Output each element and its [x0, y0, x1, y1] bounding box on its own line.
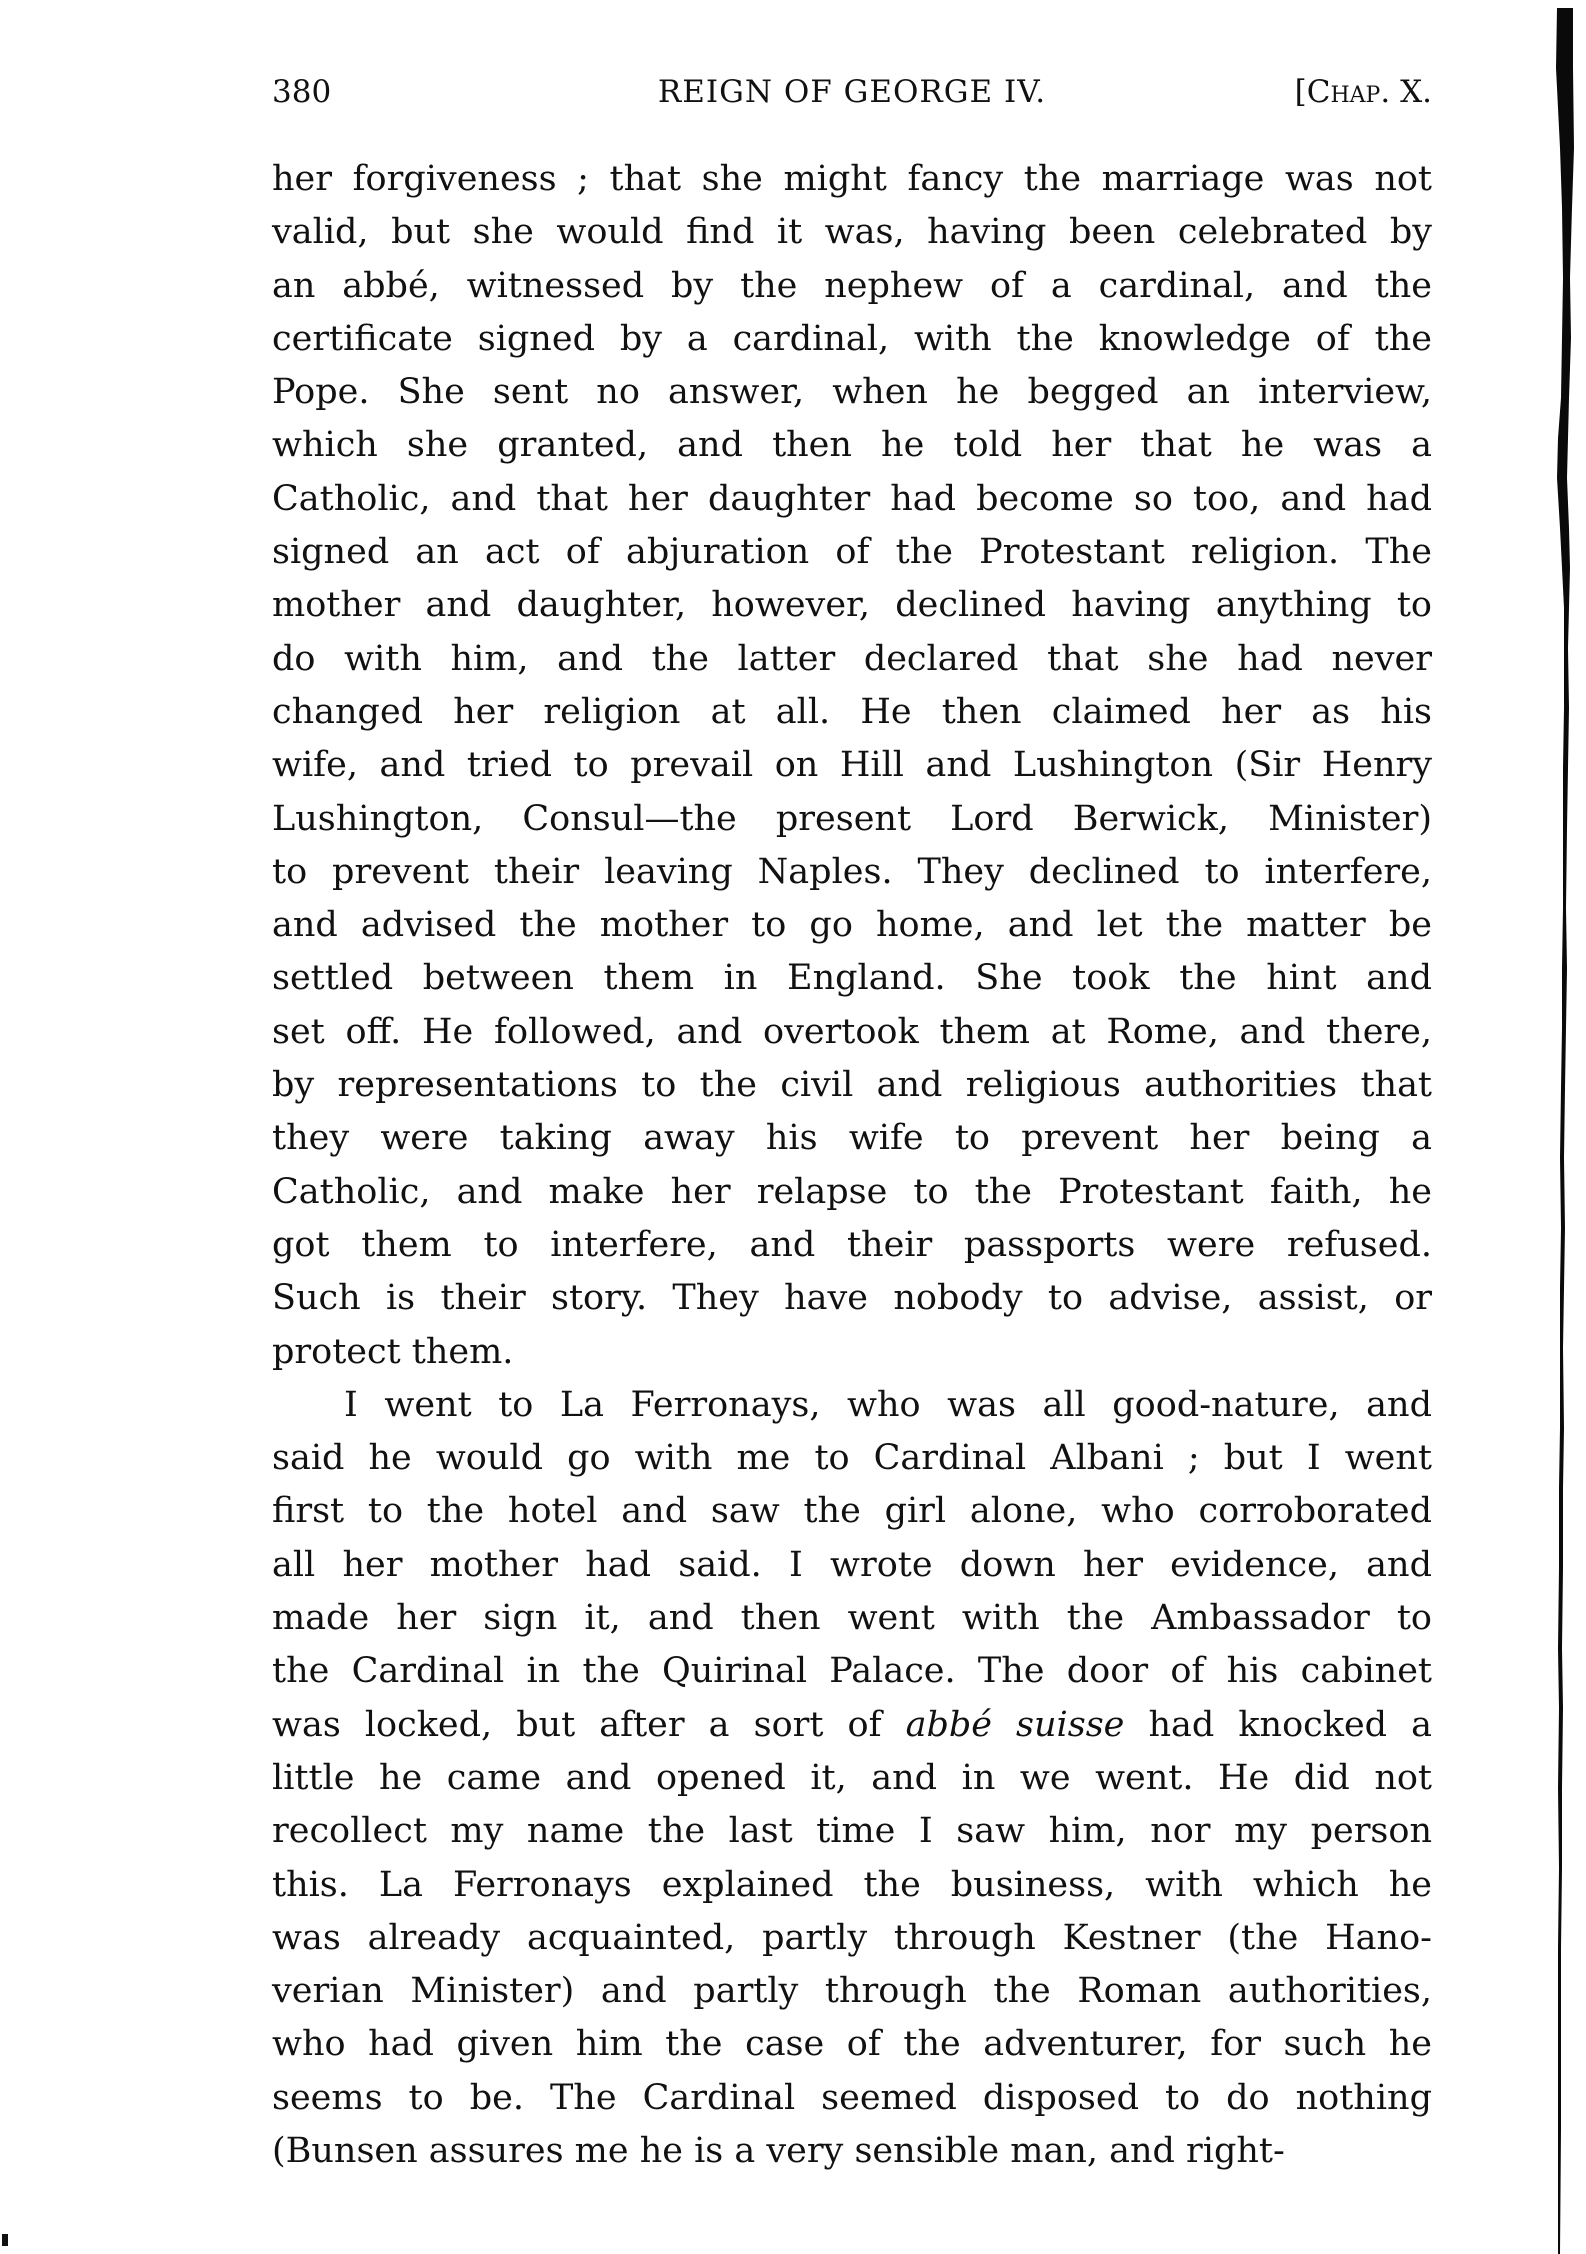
text-line: this. La Ferronays explained the busines…: [272, 1859, 1432, 1912]
text-line: was already acquainted, partly through K…: [272, 1912, 1432, 1965]
text-line: certificate signed by a cardinal, with t…: [272, 313, 1432, 366]
text-line: made her sign it, and then went with the…: [272, 1592, 1432, 1645]
text-line: settled between them in England. She too…: [272, 952, 1432, 1005]
text-line: was locked, but after a sort of abbé sui…: [272, 1699, 1432, 1752]
text-line: an abbé, witnessed by the nephew of a ca…: [272, 260, 1432, 313]
text-line: valid, but she would find it was, having…: [272, 206, 1432, 259]
text-line: who had given him the case of the advent…: [272, 2018, 1432, 2071]
text-line: first to the hotel and saw the girl alon…: [272, 1485, 1432, 1538]
paragraph: her forgiveness ; that she might fancy t…: [272, 153, 1432, 1379]
page-header: 380 REIGN OF GEORGE IV. [Chap. X.: [272, 70, 1432, 114]
text-line: Lushington, Consul—the present Lord Berw…: [272, 793, 1432, 846]
text-line: set off. He followed, and overtook them …: [272, 1006, 1432, 1059]
text-line: which she granted, and then he told her …: [272, 419, 1432, 472]
text-line: by representations to the civil and reli…: [272, 1059, 1432, 1112]
text-line: the Cardinal in the Quirinal Palace. The…: [272, 1645, 1432, 1698]
text-run: had knocked a: [1124, 1705, 1432, 1745]
paragraph: I went to La Ferronays, who was all good…: [272, 1379, 1432, 2178]
text-line: (Bunsen assures me he is a very sensible…: [272, 2125, 1432, 2178]
chapter-reference: [Chap. X.: [1295, 70, 1432, 114]
text-line: said he would go with me to Cardinal Alb…: [272, 1432, 1432, 1485]
text-line: Catholic, and that her daughter had beco…: [272, 473, 1432, 526]
scan-artifact-mark: [2, 2234, 8, 2246]
text-line: protect them.: [272, 1326, 1432, 1379]
text-line: Pope. She sent no answer, when he begged…: [272, 366, 1432, 419]
text-line: her forgiveness ; that she might fancy t…: [272, 153, 1432, 206]
text-line: verian Minister) and partly through the …: [272, 1965, 1432, 2018]
text-line: Catholic, and make her relapse to the Pr…: [272, 1166, 1432, 1219]
text-line: seems to be. The Cardinal seemed dispose…: [272, 2072, 1432, 2125]
text-line: they were taking away his wife to preven…: [272, 1112, 1432, 1165]
text-run: was locked, but after a sort of: [272, 1705, 906, 1745]
text-line: wife, and tried to prevail on Hill and L…: [272, 739, 1432, 792]
text-line: signed an act of abjuration of the Prote…: [272, 526, 1432, 579]
text-line: do with him, and the latter declared tha…: [272, 633, 1432, 686]
text-line: got them to interfere, and their passpor…: [272, 1219, 1432, 1272]
text-line: little he came and opened it, and in we …: [272, 1752, 1432, 1805]
text-line: changed her religion at all. He then cla…: [272, 686, 1432, 739]
text-line: to prevent their leaving Naples. They de…: [272, 846, 1432, 899]
body-text: her forgiveness ; that she might fancy t…: [272, 153, 1432, 2178]
text-line: Such is their story. They have nobody to…: [272, 1272, 1432, 1325]
text-line: mother and daughter, however, declined h…: [272, 579, 1432, 632]
text-line: I went to La Ferronays, who was all good…: [272, 1379, 1432, 1432]
running-title: REIGN OF GEORGE IV.: [272, 70, 1432, 114]
binding-shadow-edge: [1553, 8, 1575, 2254]
text-line: recollect my name the last time I saw hi…: [272, 1805, 1432, 1858]
italic-phrase: abbé suisse: [906, 1705, 1125, 1745]
text-line: all her mother had said. I wrote down he…: [272, 1539, 1432, 1592]
text-line: and advised the mother to go home, and l…: [272, 899, 1432, 952]
